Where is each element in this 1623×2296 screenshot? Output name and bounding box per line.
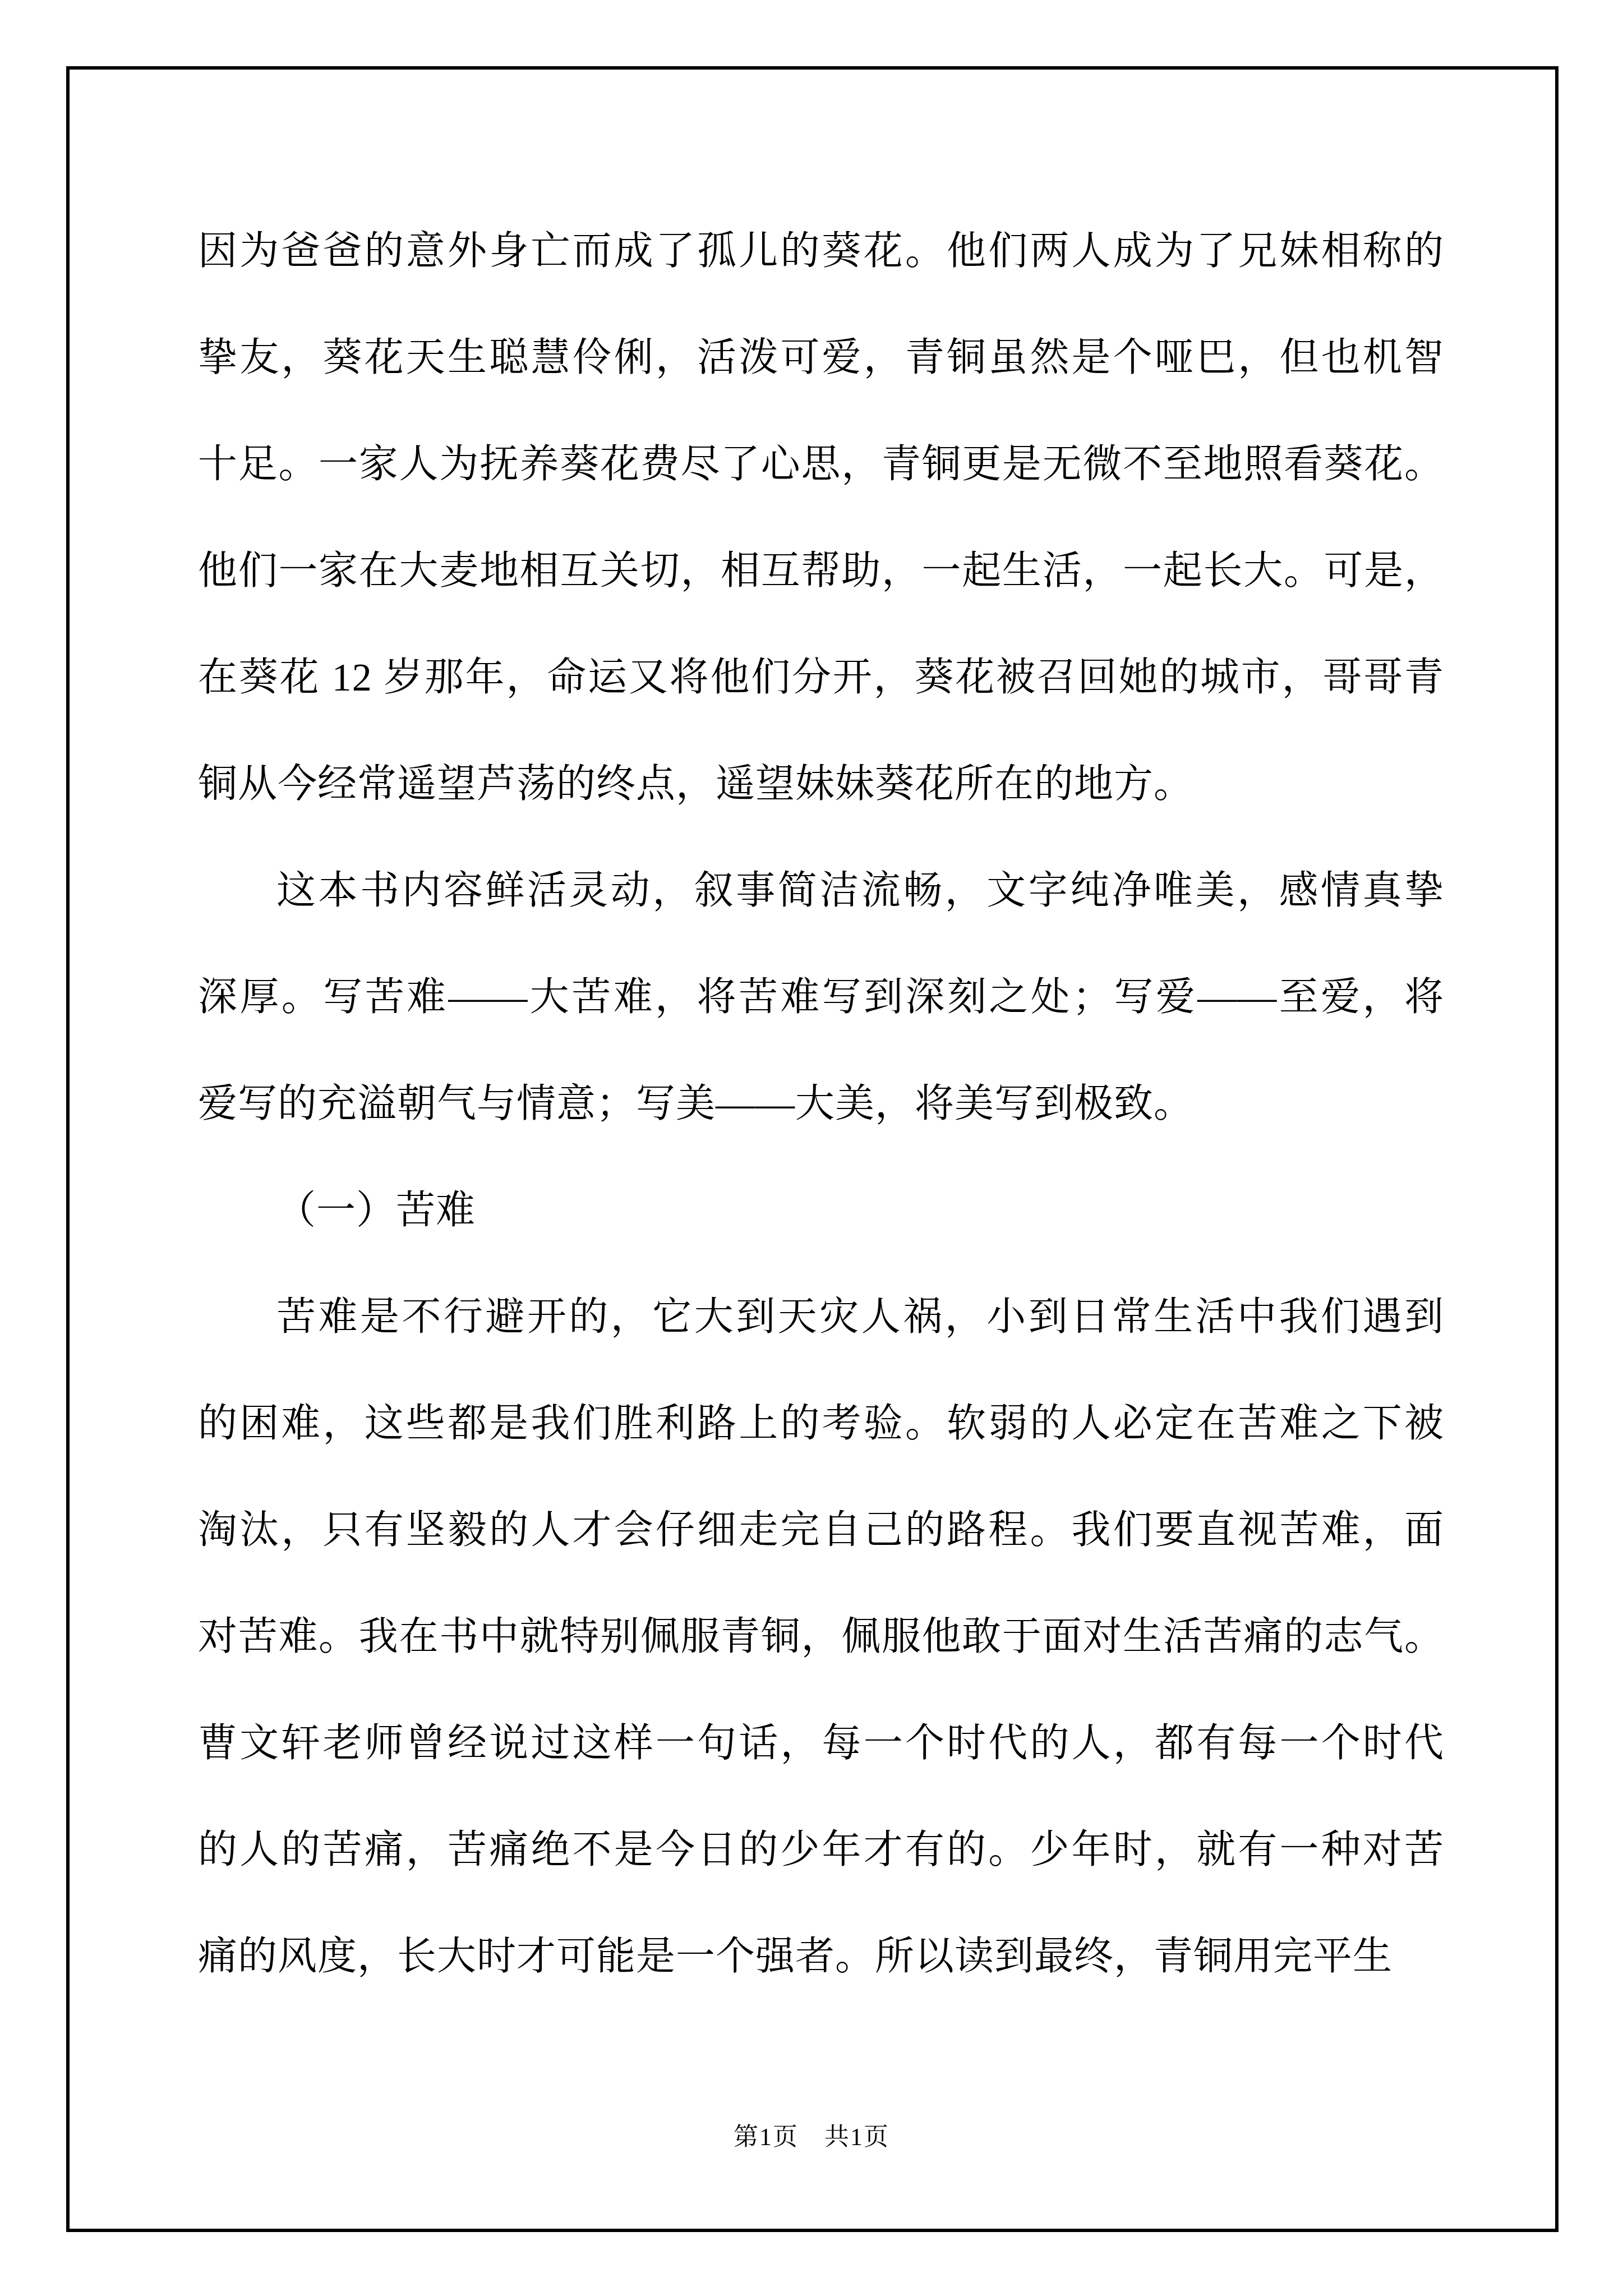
paragraph: 因为爸爸的意外身亡而成了孤儿的葵花。他们两人成为了兄妹相称的挚友，葵花天生聪慧伶…: [198, 199, 1444, 838]
text-line: 对苦难。我在书中就特别佩服青铜，佩服他敢于面对生活苦痛的志气。: [198, 1584, 1444, 1691]
paragraph: （一）苦难: [198, 1158, 1444, 1264]
text-line: 铜从今经常遥望芦荡的终点，遥望妹妹葵花所在的地方。: [198, 731, 1444, 838]
text-line: 的人的苦痛，苦痛绝不是今日的少年才有的。少年时，就有一种对苦: [198, 1797, 1444, 1904]
text-line: 爱写的充溢朝气与情意；写美——大美，将美写到极致。: [198, 1051, 1444, 1158]
text-line: 深厚。写苦难——大苦难，将苦难写到深刻之处；写爱——至爱，将: [198, 945, 1444, 1051]
page-footer: 第1页 共1页: [0, 2119, 1623, 2155]
document-page: { "colors": { "background": "#ffffff", "…: [0, 0, 1623, 2296]
text-line: 曹文轩老师曾经说过这样一句话，每一个时代的人，都有每一个时代: [198, 1691, 1444, 1797]
text-line: 这本书内容鲜活灵动，叙事简洁流畅，文字纯净唯美，感情真挚: [198, 838, 1444, 945]
text-line: 十足。一家人为抚养葵花费尽了心思，青铜更是无微不至地照看葵花。: [198, 412, 1444, 518]
text-line: 因为爸爸的意外身亡而成了孤儿的葵花。他们两人成为了兄妹相称的: [198, 199, 1444, 305]
paragraph: 这本书内容鲜活灵动，叙事简洁流畅，文字纯净唯美，感情真挚深厚。写苦难——大苦难，…: [198, 838, 1444, 1158]
text-line: 苦难是不行避开的，它大到天灾人祸，小到日常生活中我们遇到: [198, 1264, 1444, 1371]
text-line: 挚友，葵花天生聪慧伶俐，活泼可爱，青铜虽然是个哑巴，但也机智: [198, 305, 1444, 412]
page-number-label: 第1页 共1页: [734, 2123, 889, 2151]
text-line: 痛的风度，长大时才可能是一个强者。所以读到最终，青铜用完平生: [198, 1904, 1444, 2010]
text-line: 他们一家在大麦地相互关切，相互帮助，一起生活，一起长大。可是，: [198, 518, 1444, 625]
text-line: （一）苦难: [198, 1158, 1444, 1264]
text-line: 的困难，这些都是我们胜利路上的考验。软弱的人必定在苦难之下被: [198, 1371, 1444, 1478]
document-body: 因为爸爸的意外身亡而成了孤儿的葵花。他们两人成为了兄妹相称的挚友，葵花天生聪慧伶…: [198, 199, 1444, 2010]
paragraph: 苦难是不行避开的，它大到天灾人祸，小到日常生活中我们遇到的困难，这些都是我们胜利…: [198, 1264, 1444, 2010]
text-line: 在葵花 12 岁那年，命运又将他们分开，葵花被召回她的城市，哥哥青: [198, 625, 1444, 731]
text-line: 淘汰，只有坚毅的人才会仔细走完自己的路程。我们要直视苦难，面: [198, 1478, 1444, 1584]
